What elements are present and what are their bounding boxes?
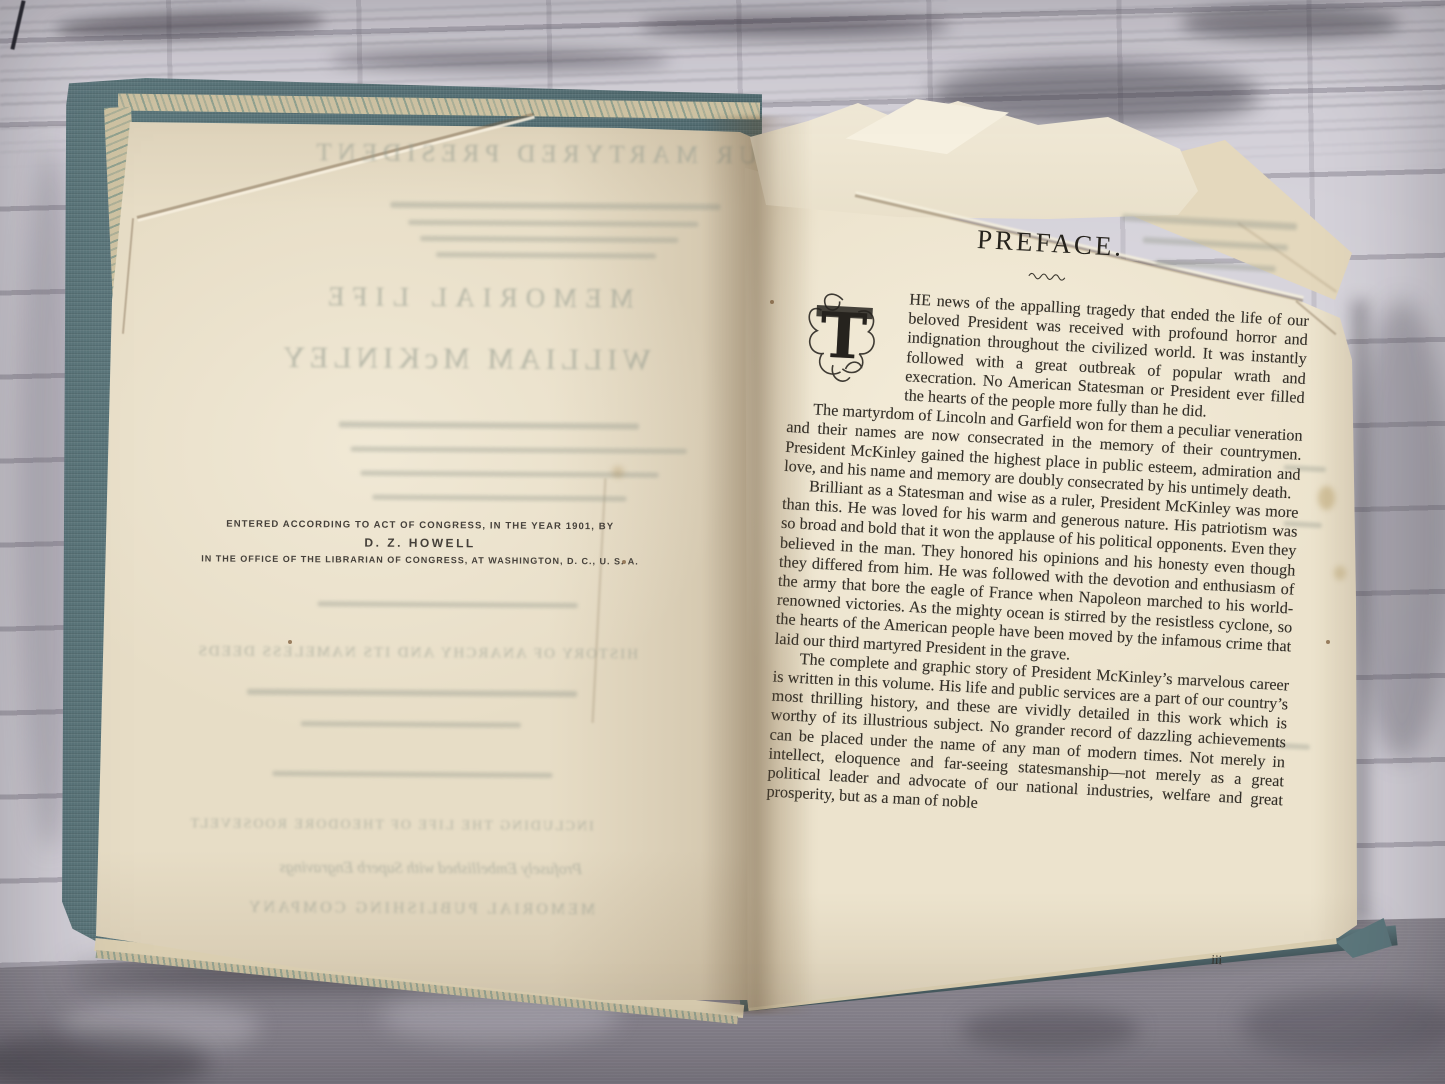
showthrough-line <box>272 771 552 778</box>
copyright-notice: ENTERED ACCORDING TO ACT OF CONGRESS, IN… <box>200 518 640 566</box>
showthrough-line <box>420 236 678 243</box>
left-page-content: OUR MARTYRED PRESIDENT MEMORIAL LIFE WIL… <box>85 98 767 1018</box>
preface-body: T HE news of the appalling tragedy that … <box>766 284 1309 830</box>
showthrough-line <box>339 421 639 429</box>
showthrough-line <box>301 721 521 728</box>
showthrough-line <box>1122 214 1297 230</box>
showthrough-publisher: MEMORIAL PUBLISHING COMPANY <box>190 898 650 919</box>
showthrough-roosevelt: INCLUDING THE LIFE OF THEODORE ROOSEVELT <box>146 816 636 835</box>
showthrough-embellished: Profusely Embellished with Superb Engrav… <box>196 858 666 879</box>
paper-stain <box>1334 566 1346 580</box>
showthrough-line <box>318 601 578 608</box>
showthrough-line <box>372 495 626 502</box>
book-gutter-shadow <box>703 116 811 1014</box>
showthrough-line <box>390 202 720 210</box>
heading-rule-squiggle <box>1027 271 1073 283</box>
showthrough-line <box>436 252 656 259</box>
paper-speck <box>288 640 292 644</box>
copyright-line-3: IN THE OFFICE OF THE LIBRARIAN OF CONGRE… <box>200 553 640 566</box>
showthrough-memorial-life: MEMORIAL LIFE <box>317 281 637 314</box>
paper-stain <box>612 466 624 478</box>
drop-cap-letter: T <box>818 297 868 373</box>
showthrough-line <box>408 220 698 227</box>
showthrough-william-mckinley: WILLIAM McKINLEY <box>269 341 659 378</box>
showthrough-line <box>351 446 687 453</box>
wall-smudge <box>330 50 670 70</box>
showthrough-line <box>247 689 577 697</box>
preface-paragraph-3: Brilliant as a Statesman and wise as a r… <box>774 476 1299 676</box>
wall-smudge <box>640 14 950 38</box>
showthrough-anarchy: HISTORY OF ANARCHY AND ITS NAMELESS DEED… <box>167 643 667 663</box>
preface-paragraph-4: The complete and graphic story of Presid… <box>766 648 1290 829</box>
copyright-line-1: ENTERED ACCORDING TO ACT OF CONGRESS, IN… <box>200 518 640 532</box>
photo-of-open-book: OUR MARTYRED PRESIDENT MEMORIAL LIFE WIL… <box>0 0 1445 1084</box>
paper-speck <box>622 560 626 564</box>
surface-mottling <box>960 1008 1140 1052</box>
page-number: iii <box>758 927 1274 971</box>
right-page-content: PREFACE. T HE news of the appalling trag… <box>750 156 1355 1025</box>
wall-smudge <box>1180 6 1400 40</box>
copyright-name: D. Z. HOWELL <box>200 534 640 551</box>
